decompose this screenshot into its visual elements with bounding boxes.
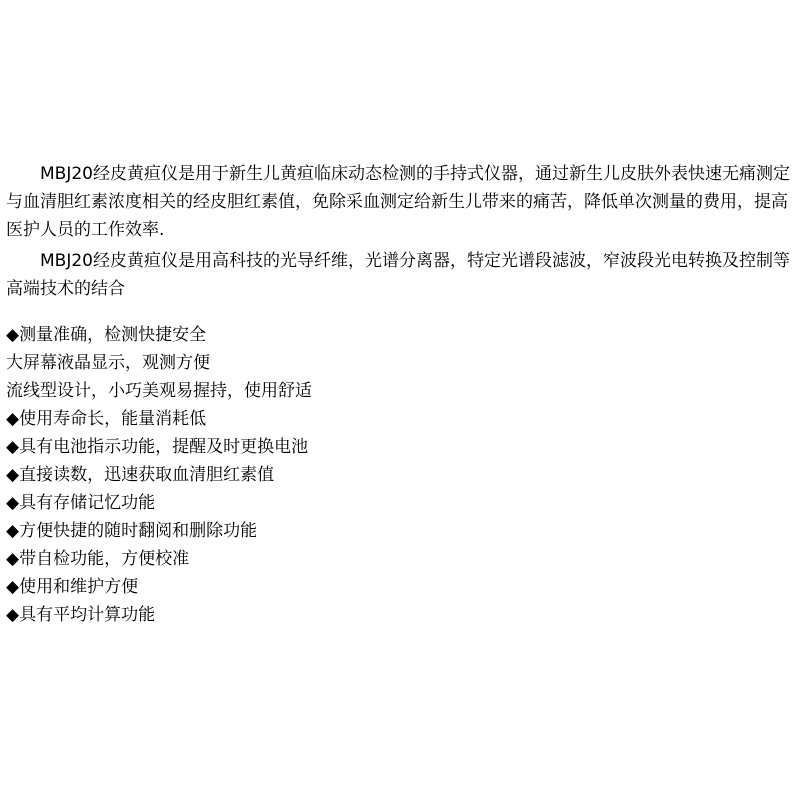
feature-item: ◆使用寿命长，能量消耗低 — [6, 405, 794, 433]
feature-item: ◆带自检功能，方便校准 — [6, 545, 794, 573]
feature-text: 流线型设计，小巧美观易握持，使用舒适 — [6, 381, 312, 401]
diamond-bullet-icon: ◆ — [6, 549, 19, 569]
feature-item: ◆具有平均计算功能 — [6, 601, 794, 629]
diamond-bullet-icon: ◆ — [6, 409, 19, 429]
feature-item: ◆方便快捷的随时翻阅和删除功能 — [6, 517, 794, 545]
feature-text: 直接读数，迅速获取血清胆红素值 — [19, 465, 274, 485]
feature-text: 具有电池指示功能，提醒及时更换电池 — [19, 437, 308, 457]
intro-paragraph-1: MBJ20经皮黄疸仪是用于新生儿黄疸临床动态检测的手持式仪器，通过新生儿皮肤外表… — [6, 160, 794, 244]
diamond-bullet-icon: ◆ — [6, 521, 19, 541]
feature-list: ◆测量准确，检测快捷安全 大屏幕液晶显示，观测方便 流线型设计，小巧美观易握持，… — [6, 321, 794, 629]
feature-item: ◆具有存储记忆功能 — [6, 489, 794, 517]
feature-text: 大屏幕液晶显示，观测方便 — [6, 353, 210, 373]
intro-paragraph-2: MBJ20经皮黄疸仪是用高科技的光导纤维，光谱分离器，特定光谱段滤波，窄波段光电… — [6, 247, 794, 303]
feature-text: 具有平均计算功能 — [19, 605, 155, 625]
diamond-bullet-icon: ◆ — [6, 325, 19, 345]
feature-text: 使用寿命长，能量消耗低 — [19, 409, 206, 429]
feature-item: 大屏幕液晶显示，观测方便 — [6, 349, 794, 377]
feature-text: 使用和维护方便 — [19, 577, 138, 597]
diamond-bullet-icon: ◆ — [6, 605, 19, 625]
feature-text: 方便快捷的随时翻阅和删除功能 — [19, 521, 257, 541]
diamond-bullet-icon: ◆ — [6, 465, 19, 485]
feature-item: 流线型设计，小巧美观易握持，使用舒适 — [6, 377, 794, 405]
feature-item: ◆测量准确，检测快捷安全 — [6, 321, 794, 349]
feature-item: ◆使用和维护方便 — [6, 573, 794, 601]
diamond-bullet-icon: ◆ — [6, 437, 19, 457]
diamond-bullet-icon: ◆ — [6, 577, 19, 597]
feature-item: ◆具有电池指示功能，提醒及时更换电池 — [6, 433, 794, 461]
feature-text: 测量准确，检测快捷安全 — [19, 325, 206, 345]
feature-text: 具有存储记忆功能 — [19, 493, 155, 513]
feature-item: ◆直接读数，迅速获取血清胆红素值 — [6, 461, 794, 489]
product-description-page: MBJ20经皮黄疸仪是用于新生儿黄疸临床动态检测的手持式仪器，通过新生儿皮肤外表… — [0, 0, 800, 800]
diamond-bullet-icon: ◆ — [6, 493, 19, 513]
feature-text: 带自检功能，方便校准 — [19, 549, 189, 569]
